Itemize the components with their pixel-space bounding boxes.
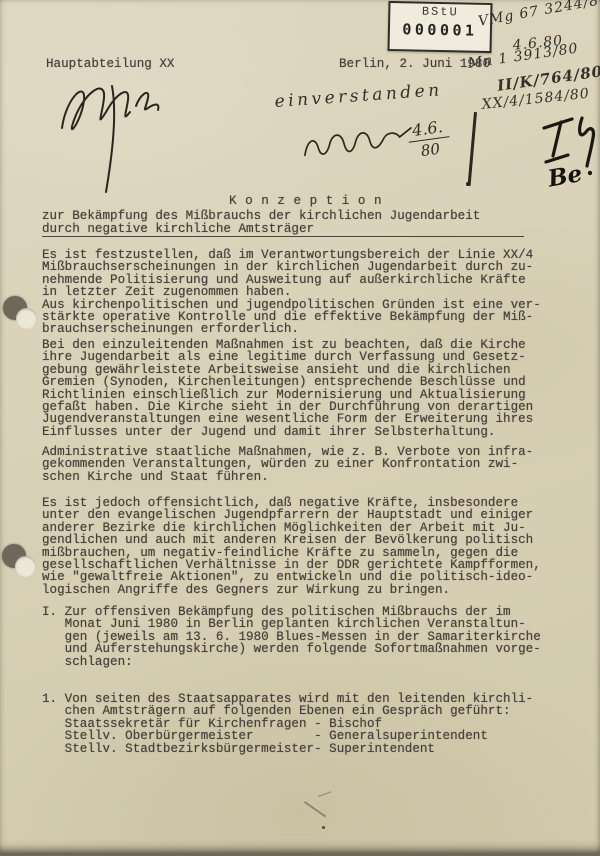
approval-date: 4.6. 80 [406,116,452,161]
hole-punch-bottom-hole [15,556,36,577]
title-subtitle-line2: durch negative kirchliche Amtsträger [42,223,524,237]
numbered-item-1: 1. Von seiten des Staatsapparates wird m… [42,693,533,755]
bstu-stamp: BStU 000001 [387,1,492,53]
stamp-org-label: BStU [390,4,490,20]
document-title: K o n z e p t i o n [229,195,382,207]
body-paragraph-4: Es ist jedoch offensichtlich, daß negati… [42,497,541,596]
body-paragraph-3: Administrative staatliche Maßnahmen, wie… [42,446,533,483]
date-line: Berlin, 2. Juni 1980 [339,58,490,70]
section-i: I. Zur offensiven Bekämpfung des politis… [42,606,541,668]
hole-punch-top-hole [16,308,37,329]
body-paragraph-1: Es ist festzustellen, daß im Verantwortu… [42,249,541,336]
signature-scribble [52,58,192,198]
scratch-dot [322,826,325,829]
scanned-page: BStU 000001 VMg 67 3244/80 4.6.80 Mn 1 3… [0,0,600,856]
stamp-number: 000001 [390,20,490,40]
body-paragraph-2: Bei den einzuleitenden Maßnahmen ist zu … [42,339,533,438]
pen-dot-mark [466,182,470,186]
title-subtitle-line1: zur Bekämpfung des Mißbrauchs der kirchl… [42,210,480,222]
